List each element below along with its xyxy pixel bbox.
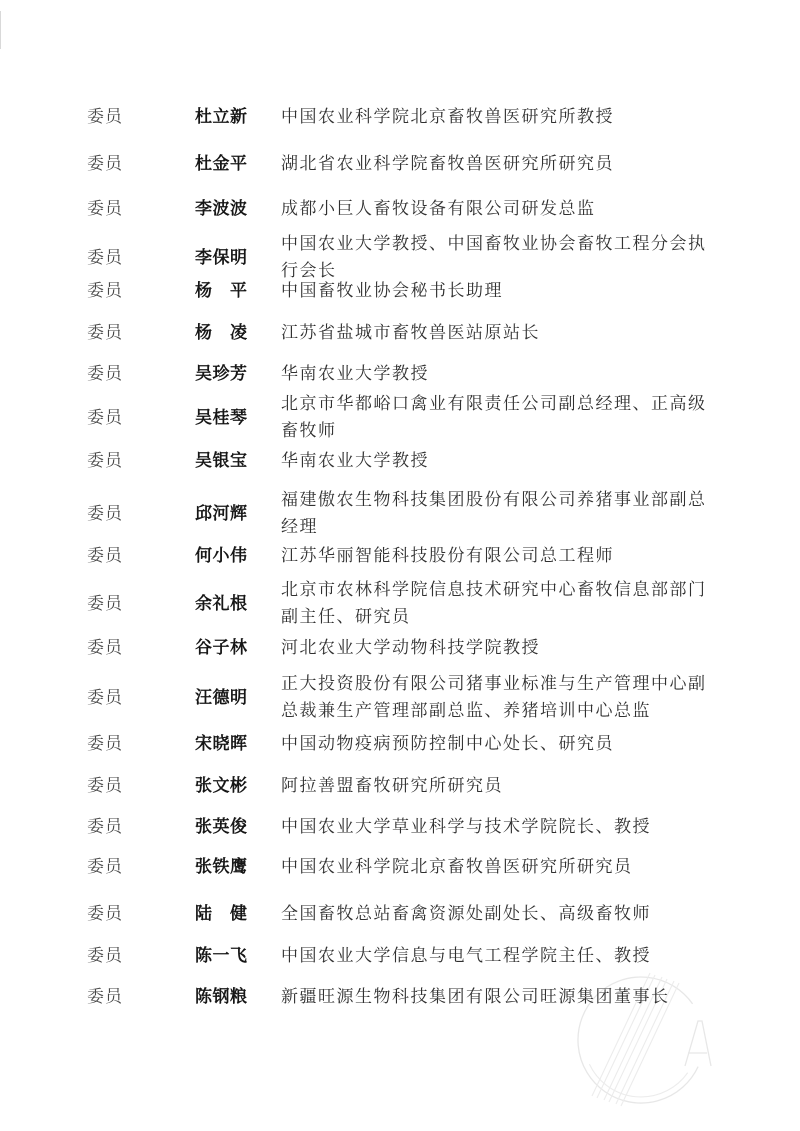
member-affiliation: 新疆旺源生物科技集团有限公司旺源集团董事长 [281,983,717,1010]
member-name: 吴桂琴 [195,404,281,431]
member-role-label: 委员 [87,684,195,711]
member-row: 委员 张文彬 阿拉善盟畜牧研究所研究员 [87,772,717,799]
member-role-label: 委员 [87,195,195,222]
member-row: 委员 汪德明 正大投资股份有限公司猪事业标准与生产管理中心副总裁兼生产管理部副总… [87,670,717,724]
member-name: 陈一飞 [195,942,281,969]
member-row: 委员 谷子林 河北农业大学动物科技学院教授 [87,634,717,661]
member-role-label: 委员 [87,360,195,387]
member-affiliation: 正大投资股份有限公司猪事业标准与生产管理中心副总裁兼生产管理部副总监、养猪培训中… [281,670,717,724]
member-row: 委员 宋晓晖 中国动物疫病预防控制中心处长、研究员 [87,730,717,757]
committee-member-list: 委员 杜立新 中国农业科学院北京畜牧兽医研究所教授 委员 杜金平 湖北省农业科学… [0,0,800,1131]
member-affiliation: 湖北省农业科学院畜牧兽医研究所研究员 [281,150,717,177]
member-row: 委员 吴珍芳 华南农业大学教授 [87,360,717,387]
member-affiliation: 北京市农林科学院信息技术研究中心畜牧信息部部门副主任、研究员 [281,576,717,630]
member-name: 余礼根 [195,590,281,617]
member-name: 杜立新 [195,103,281,130]
member-role-label: 委员 [87,319,195,346]
member-name: 张铁鹰 [195,853,281,880]
member-row: 委员 李波波 成都小巨人畜牧设备有限公司研发总监 [87,195,717,222]
member-affiliation: 江苏省盐城市畜牧兽医站原站长 [281,319,717,346]
member-affiliation: 中国农业大学草业科学与技术学院院长、教授 [281,813,717,840]
member-name: 张文彬 [195,772,281,799]
member-role-label: 委员 [87,900,195,927]
member-affiliation: 中国农业大学信息与电气工程学院主任、教授 [281,942,717,969]
member-affiliation: 河北农业大学动物科技学院教授 [281,634,717,661]
member-name: 吴珍芳 [195,360,281,387]
member-name: 吴银宝 [195,447,281,474]
document-page: 委员 杜立新 中国农业科学院北京畜牧兽医研究所教授 委员 杜金平 湖北省农业科学… [0,0,800,1131]
member-affiliation: 中国农业大学教授、中国畜牧业协会畜牧工程分会执行会长 [281,230,717,284]
member-affiliation: 江苏华丽智能科技股份有限公司总工程师 [281,542,717,569]
member-name: 李保明 [195,244,281,271]
member-role-label: 委员 [87,590,195,617]
member-row: 委员 杜金平 湖北省农业科学院畜牧兽医研究所研究员 [87,150,717,177]
member-row: 委员 张铁鹰 中国农业科学院北京畜牧兽医研究所研究员 [87,853,717,880]
member-name: 陈钢粮 [195,983,281,1010]
member-role-label: 委员 [87,244,195,271]
member-affiliation: 中国畜牧业协会秘书长助理 [281,277,717,304]
member-name: 杜金平 [195,150,281,177]
member-row: 委员 李保明 中国农业大学教授、中国畜牧业协会畜牧工程分会执行会长 [87,230,717,284]
member-role-label: 委员 [87,277,195,304]
member-name: 汪德明 [195,684,281,711]
member-name: 邱河辉 [195,500,281,527]
member-row: 委员 吴银宝 华南农业大学教授 [87,447,717,474]
member-affiliation: 中国动物疫病预防控制中心处长、研究员 [281,730,717,757]
member-name: 张英俊 [195,813,281,840]
member-affiliation: 福建傲农生物科技集团股份有限公司养猪事业部副总经理 [281,486,717,540]
member-row: 委员 吴桂琴 北京市华都峪口禽业有限责任公司副总经理、正高级畜牧师 [87,390,717,444]
member-role-label: 委员 [87,813,195,840]
member-name: 李波波 [195,195,281,222]
member-role-label: 委员 [87,542,195,569]
member-name: 杨 凌 [195,319,281,346]
member-name: 何小伟 [195,542,281,569]
member-name: 谷子林 [195,634,281,661]
member-row: 委员 张英俊 中国农业大学草业科学与技术学院院长、教授 [87,813,717,840]
member-affiliation: 中国农业科学院北京畜牧兽医研究所教授 [281,103,717,130]
member-role-label: 委员 [87,404,195,431]
member-row: 委员 陈一飞 中国农业大学信息与电气工程学院主任、教授 [87,942,717,969]
member-row: 委员 余礼根 北京市农林科学院信息技术研究中心畜牧信息部部门副主任、研究员 [87,576,717,630]
member-row: 委员 杨 平 中国畜牧业协会秘书长助理 [87,277,717,304]
member-row: 委员 杨 凌 江苏省盐城市畜牧兽医站原站长 [87,319,717,346]
member-row: 委员 杜立新 中国农业科学院北京畜牧兽医研究所教授 [87,103,717,130]
member-affiliation: 全国畜牧总站畜禽资源处副处长、高级畜牧师 [281,900,717,927]
member-role-label: 委员 [87,730,195,757]
member-role-label: 委员 [87,634,195,661]
member-role-label: 委员 [87,853,195,880]
member-affiliation: 成都小巨人畜牧设备有限公司研发总监 [281,195,717,222]
member-role-label: 委员 [87,983,195,1010]
member-row: 委员 邱河辉 福建傲农生物科技集团股份有限公司养猪事业部副总经理 [87,486,717,540]
member-role-label: 委员 [87,500,195,527]
member-row: 委员 陆 健 全国畜牧总站畜禽资源处副处长、高级畜牧师 [87,900,717,927]
member-affiliation: 华南农业大学教授 [281,360,717,387]
member-name: 杨 平 [195,277,281,304]
member-role-label: 委员 [87,103,195,130]
member-role-label: 委员 [87,447,195,474]
member-role-label: 委员 [87,942,195,969]
member-role-label: 委员 [87,150,195,177]
member-role-label: 委员 [87,772,195,799]
member-name: 宋晓晖 [195,730,281,757]
member-affiliation: 华南农业大学教授 [281,447,717,474]
member-affiliation: 中国农业科学院北京畜牧兽医研究所研究员 [281,853,717,880]
member-affiliation: 北京市华都峪口禽业有限责任公司副总经理、正高级畜牧师 [281,390,717,444]
member-name: 陆 健 [195,900,281,927]
member-affiliation: 阿拉善盟畜牧研究所研究员 [281,772,717,799]
member-row: 委员 陈钢粮 新疆旺源生物科技集团有限公司旺源集团董事长 [87,983,717,1010]
member-row: 委员 何小伟 江苏华丽智能科技股份有限公司总工程师 [87,542,717,569]
